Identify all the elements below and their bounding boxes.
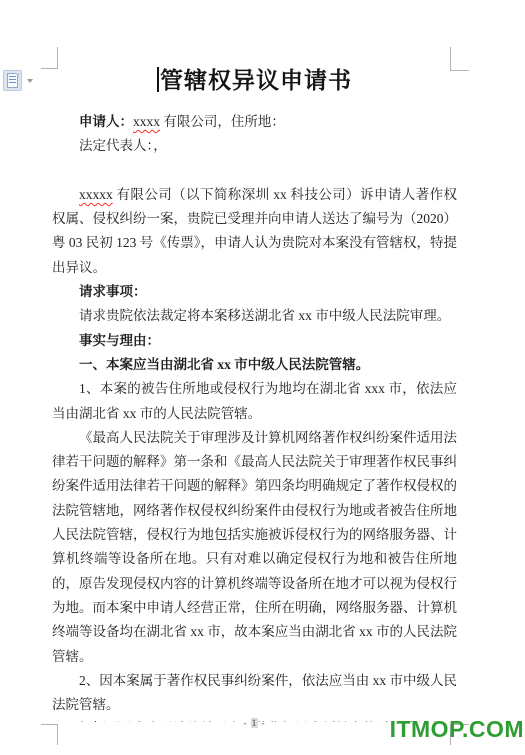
chevron-down-icon xyxy=(27,79,33,83)
paragraph[interactable]: 请求事项： xyxy=(52,280,457,304)
text-run[interactable]: 申请人： xyxy=(79,114,133,129)
page-number-dash-right: - xyxy=(258,718,265,728)
document-page[interactable]: 管辖权异议申请书 申请人：xxxx 有限公司，住所地：法定代表人：， xxxxx… xyxy=(0,0,525,755)
document-content[interactable]: 申请人：xxxx 有限公司，住所地：法定代表人：， xxxxx 有限公司（以下简… xyxy=(52,110,457,722)
paragraph[interactable] xyxy=(52,159,457,183)
page-title[interactable]: 管辖权异议申请书 xyxy=(52,62,457,95)
text-run[interactable]: 2、因本案属于著作权民事纠纷案件，依法应当由 xx 市中级人民法院管辖。 xyxy=(52,673,457,712)
text-run[interactable]: 请求贵院依法裁定将本案移送湖北省 xx 市中级人民法院审理。 xyxy=(79,308,450,323)
paragraph[interactable]: 一、本案应当由湖北省 xx 市中级人民法院管辖。 xyxy=(52,353,457,377)
paragraph[interactable]: 法定代表人：， xyxy=(52,134,457,158)
paragraph[interactable]: 申请人：xxxx 有限公司，住所地： xyxy=(52,110,457,134)
text-run[interactable]: 有限公司（以下简称深圳 xx 科技公司）诉申请人著作权权属、侵权纠纷一案，贵院已… xyxy=(52,187,457,275)
text-run[interactable]: 《最高人民法院关于审理涉及计算机网络著作权纠纷案件适用法律若干问题的解释》第一条… xyxy=(52,430,457,664)
paragraph[interactable]: 2、因本案属于著作权民事纠纷案件，依法应当由 xx 市中级人民法院管辖。 xyxy=(52,669,457,718)
text-run[interactable]: 请求事项： xyxy=(79,284,147,299)
text-run[interactable]: 事实与理由： xyxy=(79,333,160,348)
paragraph[interactable]: xxxxx 有限公司（以下简称深圳 xx 科技公司）诉申请人著作权权属、侵权纠纷… xyxy=(52,183,457,280)
text-run[interactable]: 有限公司，住所地： xyxy=(160,114,285,129)
paragraph[interactable]: 请求贵院依法裁定将本案移送湖北省 xx 市中级人民法院审理。 xyxy=(52,304,457,328)
text-run[interactable]: 法定代表人：， xyxy=(79,138,167,153)
title-text: 管辖权异议申请书 xyxy=(160,68,352,93)
misspelled-text[interactable]: xxxx xyxy=(133,114,160,129)
text-cursor xyxy=(157,67,159,92)
paste-options-icon xyxy=(3,70,22,91)
paragraph[interactable]: 事实与理由： xyxy=(52,329,457,353)
paragraph[interactable]: 1、本案的被告住所地或侵权行为地均在湖北省 xxx 市，依法应当由湖北省 xx … xyxy=(52,377,457,426)
watermark: ITMOP.COM xyxy=(390,716,524,743)
text-run[interactable]: 一、本案应当由湖北省 xx 市中级人民法院管辖。 xyxy=(79,357,369,372)
text-run[interactable]: 1、本案的被告住所地或侵权行为地均在湖北省 xxx 市，依法应当由湖北省 xx … xyxy=(52,381,457,420)
page-number-dash-left: - xyxy=(244,718,251,728)
misspelled-text[interactable]: xxxxx xyxy=(79,187,113,202)
paragraph[interactable]: 《最高人民法院关于审理涉及计算机网络著作权纠纷案件适用法律若干问题的解释》第一条… xyxy=(52,426,457,669)
paste-options-button[interactable] xyxy=(3,70,37,92)
